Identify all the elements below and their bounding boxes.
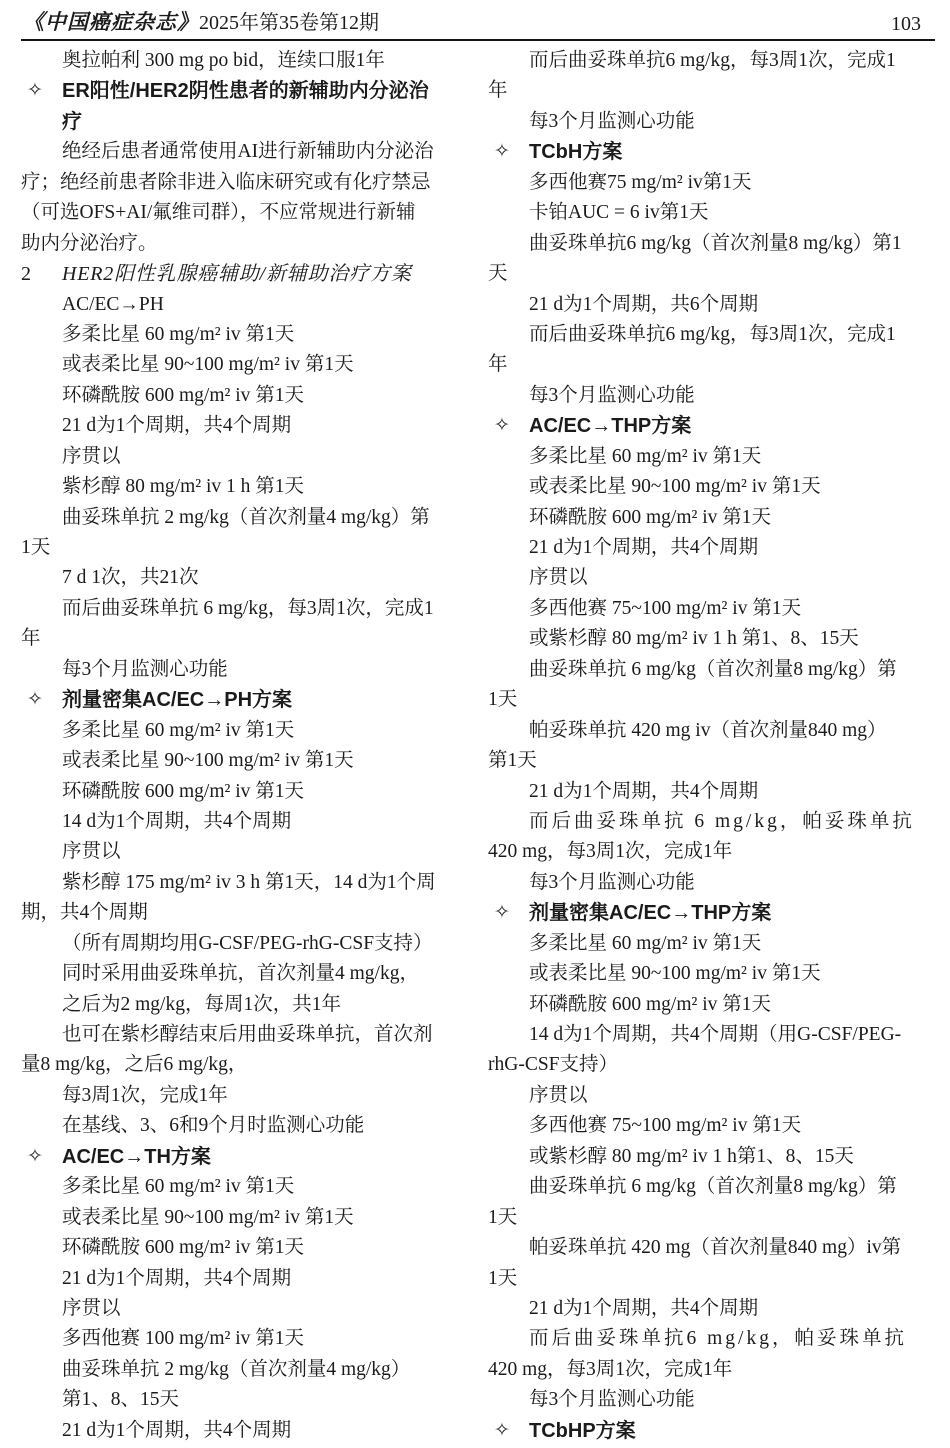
protocol-line: 卡铂AUC = 6 iv第1天 <box>488 198 922 228</box>
protocol-line: 而后曲妥珠单抗6 mg/kg，帕妥珠单抗 <box>488 1324 922 1354</box>
protocol-line: 帕妥珠单抗 420 mg（首次剂量840 mg）iv第 <box>488 1233 922 1263</box>
regimen-heading-label: ER阳性/HER2阴性患者的新辅助内分泌治 <box>62 80 429 102</box>
protocol-line: 1天 <box>488 1264 922 1294</box>
protocol-line: 多柔比星 60 mg/m² iv 第1天 <box>21 716 455 746</box>
protocol-line: 同时采用曲妥珠单抗，首次剂量4 mg/kg， <box>21 959 455 989</box>
regimen-heading-label: 剂量密集AC/EC→THP方案 <box>529 902 771 924</box>
protocol-line: 21 d为1个周期，共4个周期 <box>21 411 455 441</box>
protocol-line: 而后曲妥珠单抗 6 mg/kg，帕妥珠单抗 <box>488 807 922 837</box>
protocol-line: 序贯以 <box>21 837 455 867</box>
protocol-line: 而后曲妥珠单抗 6 mg/kg，每3周1次，完成1 <box>21 594 455 624</box>
section-number: 2 <box>21 259 62 289</box>
protocol-line: 天 <box>488 259 922 289</box>
regimen-heading-label: 剂量密集AC/EC→PH方案 <box>62 689 292 711</box>
protocol-line: 而后曲妥珠单抗6 mg/kg，每3周1次，完成1 <box>488 320 922 350</box>
diamond-bullet-icon: ✧ <box>494 137 510 167</box>
protocol-line: 年 <box>488 350 922 380</box>
regimen-heading: ✧TCbH方案 <box>488 137 922 167</box>
regimen-heading: ✧ER阳性/HER2阴性患者的新辅助内分泌治 <box>21 76 455 106</box>
regimen-heading: ✧AC/EC→THP方案 <box>488 411 922 441</box>
protocol-line: 曲妥珠单抗 2 mg/kg（首次剂量4 mg/kg）第 <box>21 503 455 533</box>
protocol-line: 年 <box>21 624 455 654</box>
protocol-line: 序贯以 <box>488 563 922 593</box>
regimen-heading-label: AC/EC→THP方案 <box>529 415 691 437</box>
diamond-bullet-icon: ✧ <box>494 411 510 441</box>
protocol-line: 也可在紫杉醇结束后用曲妥珠单抗，首次剂 <box>21 1020 455 1050</box>
issue-info: 2025年第35卷第12期 <box>199 6 379 35</box>
protocol-line: 多西他赛 100 mg/m² iv 第1天 <box>21 1324 455 1354</box>
protocol-line: 环磷酰胺 600 mg/m² iv 第1天 <box>21 1233 455 1263</box>
protocol-line: 量8 mg/kg，之后6 mg/kg， <box>21 1050 455 1080</box>
protocol-line: 或紫杉醇 80 mg/m² iv 1 h 第1、8、15天 <box>488 624 922 654</box>
protocol-line: 奥拉帕利 300 mg po bid，连续口服1年 <box>21 46 455 76</box>
protocol-line: 1天 <box>488 1203 922 1233</box>
regimen-heading: ✧剂量密集AC/EC→THP方案 <box>488 898 922 928</box>
protocol-line: 或表柔比星 90~100 mg/m² iv 第1天 <box>488 959 922 989</box>
protocol-line: 21 d为1个周期，共4个周期 <box>21 1416 455 1446</box>
protocol-line: 或表柔比星 90~100 mg/m² iv 第1天 <box>488 472 922 502</box>
protocol-line: 每3个月监测心功能 <box>488 868 922 898</box>
protocol-line: 420 mg，每3周1次，完成1年 <box>488 1355 922 1385</box>
protocol-line: 序贯以 <box>21 1294 455 1324</box>
protocol-line: 420 mg，每3周1次，完成1年 <box>488 837 922 867</box>
protocol-line: 1天 <box>21 533 455 563</box>
protocol-line: 曲妥珠单抗 6 mg/kg（首次剂量8 mg/kg）第 <box>488 655 922 685</box>
regimen-heading-label: AC/EC→TH方案 <box>62 1146 211 1168</box>
protocol-line: 每3周1次，完成1年 <box>21 1081 455 1111</box>
protocol-line: 每3个月监测心功能 <box>488 1385 922 1415</box>
left-column: 奥拉帕利 300 mg po bid，连续口服1年✧ER阳性/HER2阴性患者的… <box>21 46 455 1446</box>
protocol-line: 期，共4个周期 <box>21 898 455 928</box>
diamond-bullet-icon: ✧ <box>27 1142 43 1172</box>
page-header: 《中国癌症杂志》 2025年第35卷第12期 103 <box>21 6 935 39</box>
protocol-line: 或表柔比星 90~100 mg/m² iv 第1天 <box>21 746 455 776</box>
diamond-bullet-icon: ✧ <box>494 1416 510 1446</box>
protocol-line: 之后为2 mg/kg，每周1次，共1年 <box>21 990 455 1020</box>
protocol-line: 多西他赛 75~100 mg/m² iv 第1天 <box>488 1111 922 1141</box>
protocol-line: 或紫杉醇 80 mg/m² iv 1 h第1、8、15天 <box>488 1142 922 1172</box>
protocol-line: 疗；绝经前患者除非进入临床研究或有化疗禁忌 <box>21 168 455 198</box>
protocol-line: 在基线、3、6和9个月时监测心功能 <box>21 1111 455 1141</box>
section-heading: 2HER2阳性乳腺癌辅助/新辅助治疗方案 <box>21 259 455 289</box>
regimen-heading: ✧TCbHP方案 <box>488 1416 922 1446</box>
regimen-heading-label: TCbHP方案 <box>529 1420 636 1442</box>
journal-masthead: 《中国癌症杂志》 2025年第35卷第12期 <box>23 6 379 36</box>
protocol-line: 环磷酰胺 600 mg/m² iv 第1天 <box>488 503 922 533</box>
regimen-heading: ✧AC/EC→TH方案 <box>21 1142 455 1172</box>
protocol-line: 21 d为1个周期，共4个周期 <box>488 1294 922 1324</box>
protocol-line: 21 d为1个周期，共4个周期 <box>488 533 922 563</box>
protocol-line: （可选OFS+AI/氟维司群），不应常规进行新辅 <box>21 198 455 228</box>
protocol-line: 21 d为1个周期，共4个周期 <box>488 777 922 807</box>
diamond-bullet-icon: ✧ <box>27 76 43 106</box>
protocol-line: 第1、8、15天 <box>21 1385 455 1415</box>
right-column: 而后曲妥珠单抗6 mg/kg，每3周1次，完成1年每3个月监测心功能✧TCbH方… <box>488 46 922 1446</box>
protocol-line: 每3个月监测心功能 <box>488 381 922 411</box>
protocol-line: 环磷酰胺 600 mg/m² iv 第1天 <box>488 990 922 1020</box>
protocol-line: 曲妥珠单抗 6 mg/kg（首次剂量8 mg/kg）第 <box>488 1172 922 1202</box>
journal-title: 《中国癌症杂志》 <box>23 6 199 36</box>
protocol-line: 紫杉醇 80 mg/m² iv 1 h 第1天 <box>21 472 455 502</box>
diamond-bullet-icon: ✧ <box>27 685 43 715</box>
diamond-bullet-icon: ✧ <box>494 898 510 928</box>
journal-page: 《中国癌症杂志》 2025年第35卷第12期 103 奥拉帕利 300 mg p… <box>0 0 950 1446</box>
protocol-line: 多西他赛75 mg/m² iv第1天 <box>488 168 922 198</box>
regimen-heading: ✧剂量密集AC/EC→PH方案 <box>21 685 455 715</box>
protocol-line: AC/EC→PH <box>21 290 455 320</box>
regimen-heading-label: TCbH方案 <box>529 141 622 163</box>
protocol-line: （所有周期均用G-CSF/PEG-rhG-CSF支持） <box>21 929 455 959</box>
protocol-line: 曲妥珠单抗 2 mg/kg（首次剂量4 mg/kg） <box>21 1355 455 1385</box>
protocol-line: 帕妥珠单抗 420 mg iv（首次剂量840 mg） <box>488 716 922 746</box>
protocol-line: 序贯以 <box>488 1081 922 1111</box>
protocol-line: 助内分泌治疗。 <box>21 229 455 259</box>
protocol-line: 年 <box>488 76 922 106</box>
protocol-line: 第1天 <box>488 746 922 776</box>
protocol-line: 序贯以 <box>21 442 455 472</box>
protocol-line: 1天 <box>488 685 922 715</box>
protocol-line: 或表柔比星 90~100 mg/m² iv 第1天 <box>21 350 455 380</box>
protocol-line: 21 d为1个周期，共6个周期 <box>488 290 922 320</box>
two-column-body: 奥拉帕利 300 mg po bid，连续口服1年✧ER阳性/HER2阴性患者的… <box>21 41 935 1446</box>
protocol-line: 14 d为1个周期，共4个周期 <box>21 807 455 837</box>
protocol-line: 14 d为1个周期，共4个周期（用G-CSF/PEG- <box>488 1020 922 1050</box>
protocol-line: 绝经后患者通常使用AI进行新辅助内分泌治 <box>21 137 455 167</box>
protocol-line: 多柔比星 60 mg/m² iv 第1天 <box>21 1172 455 1202</box>
protocol-line: 每3个月监测心功能 <box>21 655 455 685</box>
protocol-line: 曲妥珠单抗6 mg/kg（首次剂量8 mg/kg）第1 <box>488 229 922 259</box>
protocol-line: 而后曲妥珠单抗6 mg/kg，每3周1次，完成1 <box>488 46 922 76</box>
protocol-line: 多西他赛 75~100 mg/m² iv 第1天 <box>488 594 922 624</box>
section-heading-label: HER2阳性乳腺癌辅助/新辅助治疗方案 <box>62 263 412 285</box>
protocol-line: 多柔比星 60 mg/m² iv 第1天 <box>488 442 922 472</box>
regimen-heading-label: 疗 <box>21 107 455 137</box>
protocol-line: 紫杉醇 175 mg/m² iv 3 h 第1天，14 d为1个周 <box>21 868 455 898</box>
protocol-line: 或表柔比星 90~100 mg/m² iv 第1天 <box>21 1203 455 1233</box>
protocol-line: 7 d 1次，共21次 <box>21 563 455 593</box>
protocol-line: 环磷酰胺 600 mg/m² iv 第1天 <box>21 777 455 807</box>
page-number: 103 <box>891 13 931 36</box>
protocol-line: rhG-CSF支持） <box>488 1050 922 1080</box>
protocol-line: 多柔比星 60 mg/m² iv 第1天 <box>21 320 455 350</box>
protocol-line: 环磷酰胺 600 mg/m² iv 第1天 <box>21 381 455 411</box>
protocol-line: 21 d为1个周期，共4个周期 <box>21 1264 455 1294</box>
protocol-line: 多柔比星 60 mg/m² iv 第1天 <box>488 929 922 959</box>
protocol-line: 每3个月监测心功能 <box>488 107 922 137</box>
